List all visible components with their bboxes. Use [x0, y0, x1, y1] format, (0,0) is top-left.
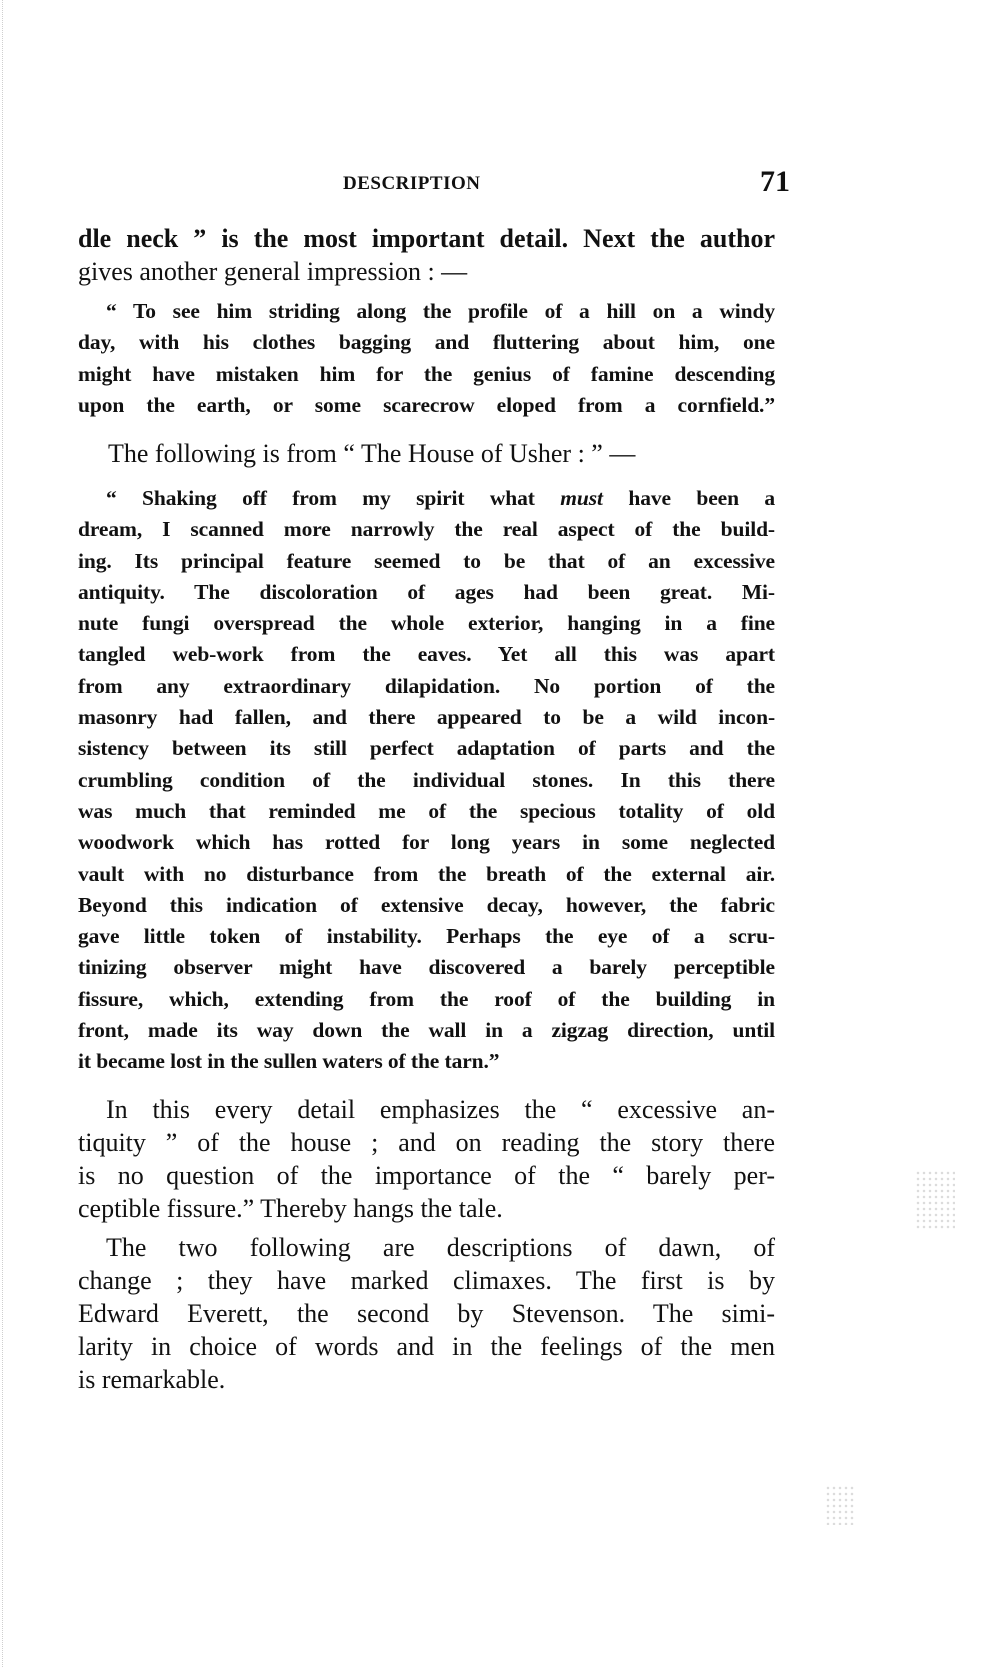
text-line: gives another general impression : — [78, 255, 775, 288]
paragraph-usher-intro: The following is from “ The House of Ush… [78, 437, 775, 470]
italic-emphasis: must [560, 486, 603, 510]
text-line: crumbling condition of the individual st… [78, 765, 775, 796]
book-page: DESCRIPTION 71 dle neck ” is the most im… [0, 0, 1000, 1667]
block-quote-scarecrow: “ To see him striding along the profile … [78, 296, 775, 421]
text-line: tinizing observer might have discovered … [78, 952, 775, 983]
paragraph-dawn-intro: The two following are descriptions of da… [78, 1231, 775, 1396]
text-line: is no question of the importance of the … [78, 1159, 775, 1192]
text-line: larity in choice of words and in the fee… [78, 1330, 775, 1363]
text-line: is remarkable. [78, 1363, 775, 1396]
text-line: woodwork which has rotted for long years… [78, 827, 775, 858]
text-line: The two following are descriptions of da… [78, 1231, 775, 1264]
text-line: day, with his clothes bagging and flutte… [78, 327, 775, 358]
text-line: it became lost in the sullen waters of t… [78, 1046, 775, 1077]
text-line: Beyond this indication of extensive deca… [78, 890, 775, 921]
text-line: antiquity. The discoloration of ages had… [78, 577, 775, 608]
text-line: was much that reminded me of the speciou… [78, 796, 775, 827]
text-line: tiquity ” of the house ; and on reading … [78, 1126, 775, 1159]
text-line: The following is from “ The House of Ush… [78, 437, 775, 470]
scan-speck [915, 1170, 955, 1230]
text-line: fissure, which, extending from the roof … [78, 984, 775, 1015]
text-line: upon the earth, or some scarecrow eloped… [78, 390, 775, 421]
paragraph-continuation: dle neck ” is the most important detail.… [78, 222, 775, 288]
running-title: DESCRIPTION [343, 173, 480, 195]
text-line: ceptible fissure.” Thereby hangs the tal… [78, 1192, 775, 1225]
text-line: In this every detail emphasizes the “ ex… [78, 1093, 775, 1126]
text-line: gave little token of instability. Perhap… [78, 921, 775, 952]
text-line: “ To see him striding along the profile … [78, 296, 775, 327]
paragraph-analysis: In this every detail emphasizes the “ ex… [78, 1093, 775, 1225]
running-header: DESCRIPTION 71 [78, 165, 778, 205]
text-line: “ Shaking off from my spirit what must h… [78, 483, 775, 514]
text-line: sistency between its still perfect adapt… [78, 733, 775, 764]
text-line: ing. Its principal feature seemed to be … [78, 546, 775, 577]
text-line: nute fungi overspread the whole exterior… [78, 608, 775, 639]
block-quote-usher: “ Shaking off from my spirit what must h… [78, 483, 775, 1078]
text-line: dle neck ” is the most important detail.… [78, 222, 775, 255]
scan-speck [825, 1485, 855, 1525]
text-line: from any extraordinary dilapidation. No … [78, 671, 775, 702]
text-line: Edward Everett, the second by Stevenson.… [78, 1297, 775, 1330]
text-line: might have mistaken him for the genius o… [78, 359, 775, 390]
text-line: vault with no disturbance from the breat… [78, 859, 775, 890]
text-line: dream, I scanned more narrowly the real … [78, 514, 775, 545]
text-line: tangled web-work from the eaves. Yet all… [78, 639, 775, 670]
text-line: change ; they have marked climaxes. The … [78, 1264, 775, 1297]
page-number: 71 [760, 165, 790, 199]
text-line: masonry had fallen, and there appeared t… [78, 702, 775, 733]
text-line: front, made its way down the wall in a z… [78, 1015, 775, 1046]
scan-margin-artifact [2, 0, 9, 1667]
